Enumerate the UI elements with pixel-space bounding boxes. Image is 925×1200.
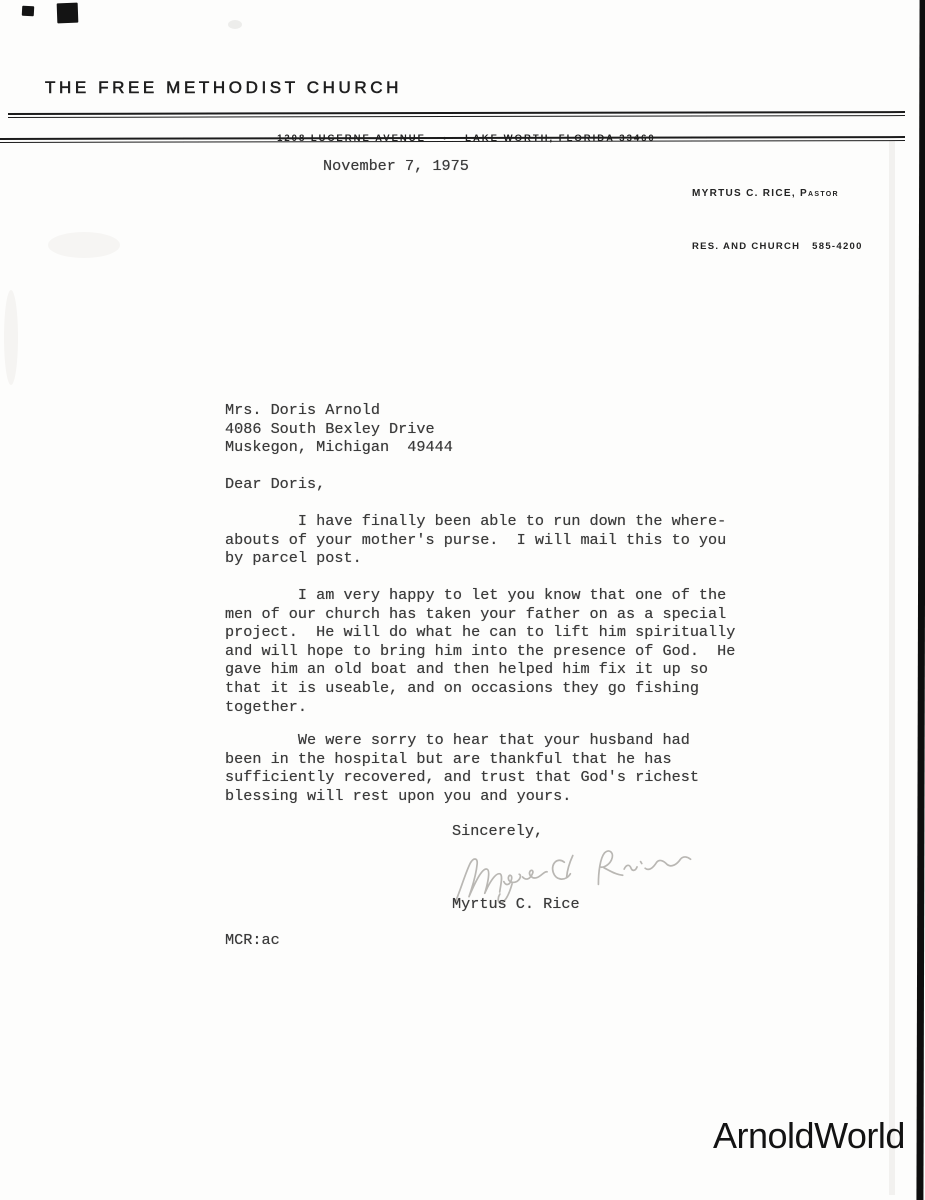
body-paragraph-3: We were sorry to hear that your husband … xyxy=(225,731,699,805)
recipient-address-block: Mrs. Doris Arnold 4086 South Bexley Driv… xyxy=(225,401,453,457)
scan-smudge xyxy=(228,20,242,29)
pastor-phone-line: RES. AND CHURCH 585-4200 xyxy=(692,238,863,256)
salutation: Dear Doris, xyxy=(225,475,325,494)
watermark-arnoldworld: ArnoldWorld xyxy=(713,1115,905,1157)
pastor-name-line: MYRTUS C. RICE, Pastor xyxy=(692,185,863,203)
typed-signature-name: Myrtus C. Rice xyxy=(452,895,580,914)
scan-smudge xyxy=(48,232,120,258)
closing-sincerely: Sincerely, xyxy=(452,822,543,841)
scanned-letter-page: THE FREE METHODIST CHURCH 1208 LUCERNE A… xyxy=(0,0,925,1200)
body-paragraph-2: I am very happy to let you know that one… xyxy=(225,586,735,716)
scan-artifact-mark-small xyxy=(22,6,35,17)
pastor-contact-block: MYRTUS C. RICE, Pastor RES. AND CHURCH 5… xyxy=(692,150,863,290)
letter-date: November 7, 1975 xyxy=(323,157,469,176)
letterhead-rule-top xyxy=(8,111,905,118)
scan-smudge xyxy=(4,290,18,385)
body-paragraph-1: I have finally been able to run down the… xyxy=(225,512,726,568)
page-edge-shadow xyxy=(889,140,895,1195)
scan-artifact-mark-large xyxy=(57,3,79,24)
scan-edge-bar xyxy=(916,0,925,1200)
reference-initials: MCR:ac xyxy=(225,931,280,950)
church-name-title: THE FREE METHODIST CHURCH xyxy=(45,78,402,98)
